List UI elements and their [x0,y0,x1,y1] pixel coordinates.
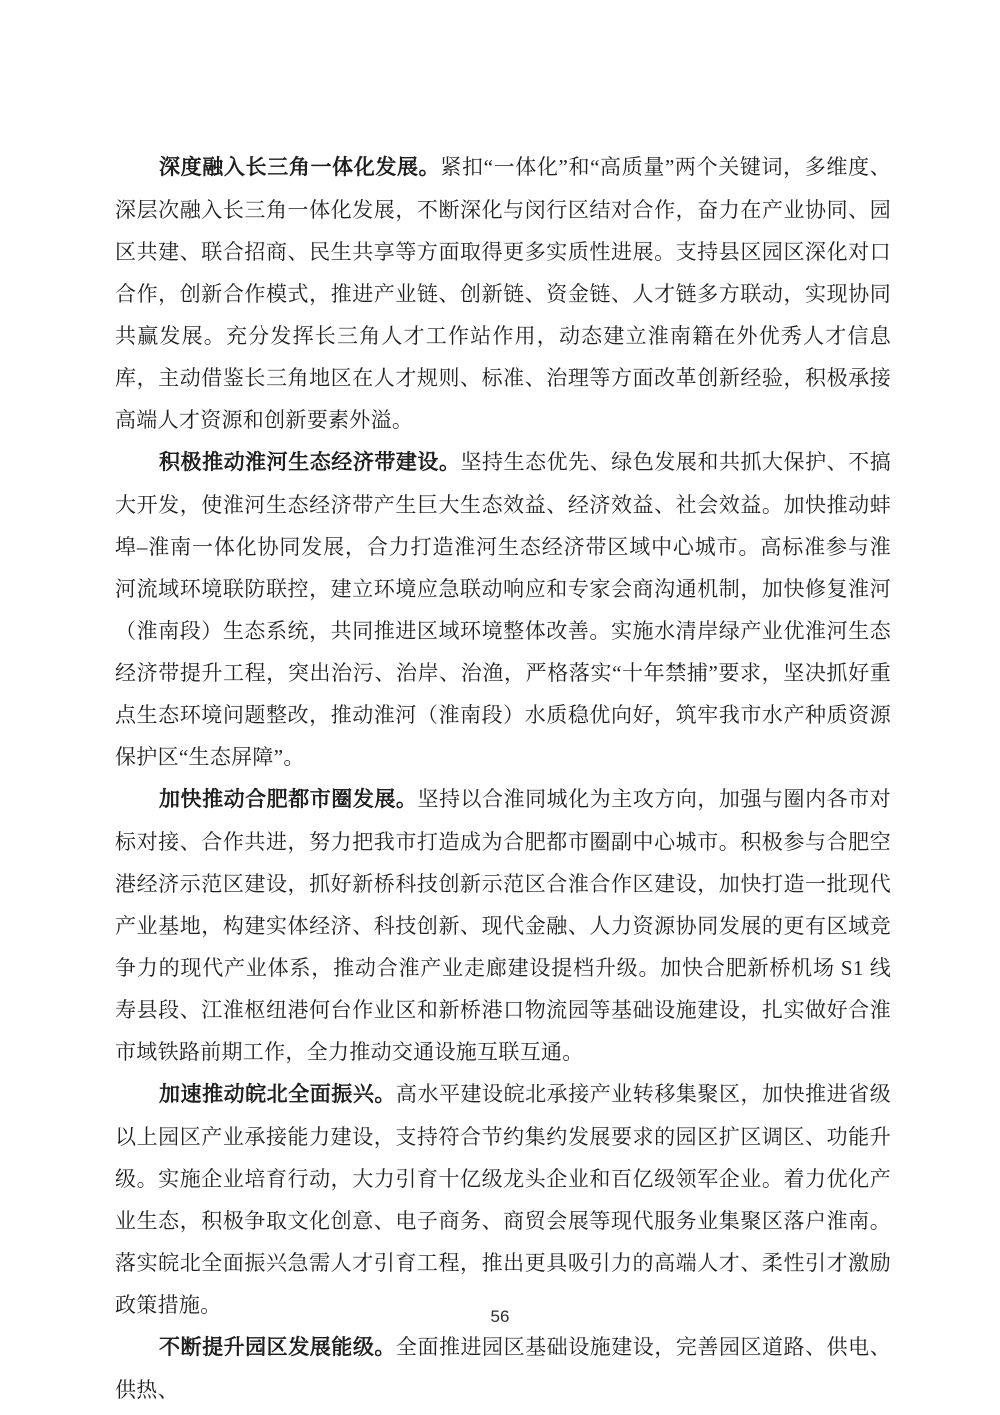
paragraph: 加快推动合肥都市圈发展。坚持以合淮同城化为主攻方向，加强与圈内各市对标对接、合作… [115,778,891,1073]
paragraph-lead: 积极推动淮河生态经济带建设。 [159,451,461,474]
paragraph: 深度融入长三角一体化发展。紧扣“一体化”和“高质量”两个关键词，多维度、深层次融… [115,146,891,441]
paragraph-lead: 加速推动皖北全面振兴。 [159,1083,396,1106]
page-number: 56 [0,1305,1000,1329]
document-page: 深度融入长三角一体化发展。紧扣“一体化”和“高质量”两个关键词，多维度、深层次融… [0,0,1000,1415]
paragraph: 不断提升园区发展能级。全面推进园区基础设施建设，完善园区道路、供电、供热、 [115,1326,891,1411]
paragraph-lead: 加快推动合肥都市圈发展。 [159,788,417,811]
paragraph-text: 坚持以合淮同城化为主攻方向，加强与圈内各市对标对接、合作共进，努力把我市打造成为… [115,787,891,1064]
paragraph-text: 高水平建设皖北承接产业转移集聚区，加快推进省级以上园区产业承接能力建设，支持符合… [115,1082,891,1317]
paragraph-lead: 不断提升园区发展能级。 [159,1336,396,1359]
paragraph-text: 紧扣“一体化”和“高质量”两个关键词，多维度、深层次融入长三角一体化发展，不断深… [115,155,891,432]
paragraph: 加速推动皖北全面振兴。高水平建设皖北承接产业转移集聚区，加快推进省级以上园区产业… [115,1073,891,1326]
document-body: 深度融入长三角一体化发展。紧扣“一体化”和“高质量”两个关键词，多维度、深层次融… [115,146,891,1411]
paragraph: 积极推动淮河生态经济带建设。坚持生态优先、绿色发展和共抓大保护、不搞大开发，使淮… [115,441,891,778]
paragraph-lead: 深度融入长三角一体化发展。 [159,156,440,179]
paragraph-text: 坚持生态优先、绿色发展和共抓大保护、不搞大开发，使淮河生态经济带产生巨大生态效益… [115,450,891,769]
